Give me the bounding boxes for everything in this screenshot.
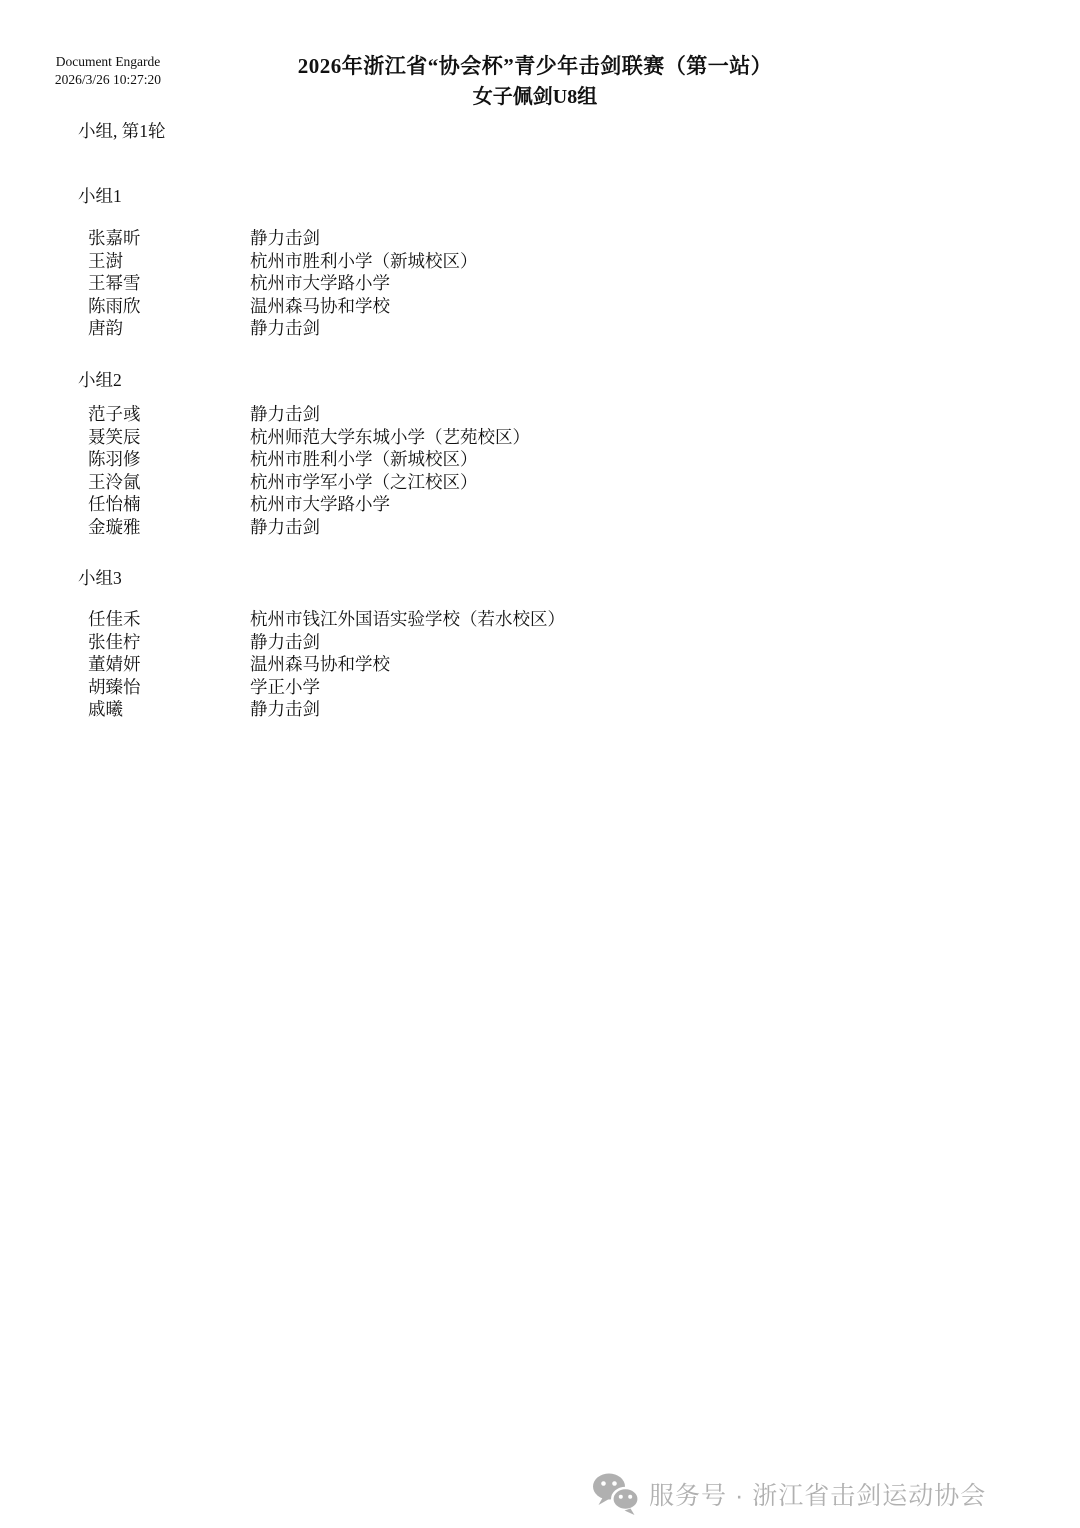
group-rows: 任佳禾杭州市钱江外国语实验学校（若水校区）张佳柠静力击剑董婧妍温州森马协和学校胡… [88,608,565,721]
group-label: 小组3 [78,565,122,590]
fencer-row: 聂笑辰杭州师范大学东城小学（艺苑校区） [88,426,530,449]
fencer-club: 静力击剑 [250,403,320,426]
wechat-icon [592,1472,640,1516]
fencer-club: 杭州市大学路小学 [250,272,390,295]
fencer-name: 王幂雪 [88,272,250,295]
fencer-club: 静力击剑 [250,516,320,539]
fencer-club: 学正小学 [250,676,320,699]
fencer-club: 杭州市胜利小学（新城校区） [250,448,478,471]
fencer-name: 金璇雅 [88,516,250,539]
fencer-name: 唐韵 [88,317,250,340]
fencer-name: 陈雨欣 [88,295,250,318]
fencer-club: 杭州市大学路小学 [250,493,390,516]
page-subtitle: 女子佩剑U8组 [0,80,1070,109]
fencer-club: 静力击剑 [250,631,320,654]
fencer-name: 范子彧 [88,403,250,426]
fencer-club: 温州森马协和学校 [250,653,390,676]
group-label: 小组2 [78,367,122,392]
footer-text: 服务号 · 浙江省击剑运动协会 [649,1476,986,1512]
footer-watermark: 服务号 · 浙江省击剑运动协会 [592,1472,986,1516]
fencer-row: 戚曦静力击剑 [88,698,565,721]
fencer-name: 任佳禾 [88,608,250,631]
fencer-row: 唐韵静力击剑 [88,317,478,340]
fencer-name: 张嘉昕 [88,227,250,250]
fencer-row: 范子彧静力击剑 [88,403,530,426]
fencer-club: 杭州市胜利小学（新城校区） [250,250,478,273]
fencer-name: 任怡楠 [88,493,250,516]
fencer-name: 聂笑辰 [88,426,250,449]
fencer-club: 静力击剑 [250,227,320,250]
fencer-club: 温州森马协和学校 [250,295,390,318]
fencer-club: 静力击剑 [250,317,320,340]
fencer-row: 金璇雅静力击剑 [88,516,530,539]
fencer-row: 王泠氤杭州市学军小学（之江校区） [88,471,530,494]
group-rows: 范子彧静力击剑聂笑辰杭州师范大学东城小学（艺苑校区）陈羽修杭州市胜利小学（新城校… [88,403,530,538]
fencer-club: 杭州师范大学东城小学（艺苑校区） [250,426,530,449]
fencer-row: 董婧妍温州森马协和学校 [88,653,565,676]
fencer-club: 杭州市钱江外国语实验学校（若水校区） [250,608,565,631]
fencer-name: 王泠氤 [88,471,250,494]
fencer-name: 董婧妍 [88,653,250,676]
fencer-row: 陈羽修杭州市胜利小学（新城校区） [88,448,530,471]
fencer-name: 王澍 [88,250,250,273]
page-title: 2026年浙江省“协会杯”青少年击剑联赛（第一站） [0,50,1070,80]
fencer-name: 陈羽修 [88,448,250,471]
fencer-row: 胡臻怡学正小学 [88,676,565,699]
fencer-row: 张嘉昕静力击剑 [88,227,478,250]
fencer-row: 王幂雪杭州市大学路小学 [88,272,478,295]
fencer-club: 静力击剑 [250,698,320,721]
fencer-club: 杭州市学军小学（之江校区） [250,471,478,494]
round-label: 小组, 第1轮 [78,118,166,143]
fencer-name: 张佳柠 [88,631,250,654]
fencer-row: 任佳禾杭州市钱江外国语实验学校（若水校区） [88,608,565,631]
fencer-row: 任怡楠杭州市大学路小学 [88,493,530,516]
fencer-name: 胡臻怡 [88,676,250,699]
fencer-row: 陈雨欣温州森马协和学校 [88,295,478,318]
fencer-row: 张佳柠静力击剑 [88,631,565,654]
group-label: 小组1 [78,183,122,208]
group-rows: 张嘉昕静力击剑王澍杭州市胜利小学（新城校区）王幂雪杭州市大学路小学陈雨欣温州森马… [88,227,478,340]
fencer-row: 王澍杭州市胜利小学（新城校区） [88,250,478,273]
fencer-name: 戚曦 [88,698,250,721]
